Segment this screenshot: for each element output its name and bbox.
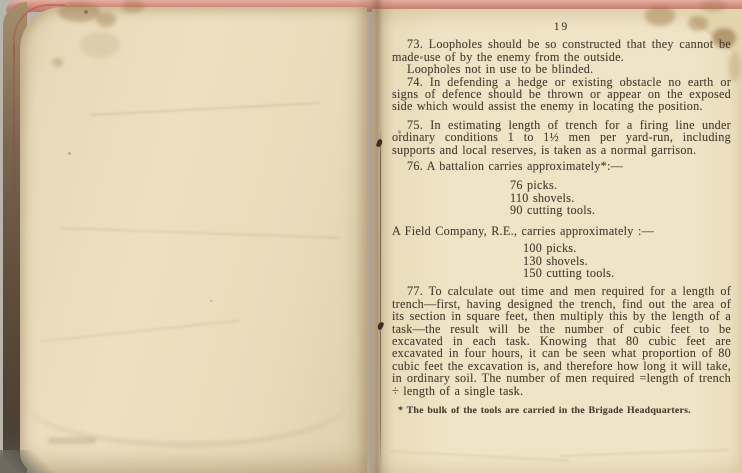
speck (210, 300, 213, 302)
paragraph-76: 76. A battalion carries approximately*:— (392, 160, 731, 172)
list-item: 90 cutting tools. (510, 204, 731, 216)
field-company-equipment-list: 100 picks. 130 shovels. 150 cutting tool… (523, 242, 731, 279)
list-item: 76 picks. (510, 179, 731, 191)
stain (58, 2, 100, 22)
field-company-intro: A Field Company, R.E., carries approxima… (392, 225, 731, 237)
gutter-fold-line (380, 128, 381, 464)
page-text: 19 73. Loopholes should be so constructe… (392, 21, 731, 416)
book-gutter (356, 0, 394, 473)
speck (68, 152, 71, 155)
paragraph-77: 77. To calculate out time and men requir… (392, 285, 731, 397)
stain (96, 12, 116, 27)
stain (122, 0, 144, 13)
stain (52, 58, 63, 67)
embossed-mark (48, 437, 96, 444)
paragraph-73-note: Loopholes not in use to be blinded. (392, 63, 731, 75)
footnote: * The bulk of the tools are carried in t… (398, 405, 731, 416)
stain (80, 32, 120, 58)
book-scan: 19 73. Loopholes should be so constructe… (0, 0, 742, 473)
list-item: 150 cutting tools. (523, 267, 731, 279)
paper-fold (26, 360, 346, 446)
corner-shadow (0, 450, 58, 473)
paragraph-75: 75. In estimating length of trench for a… (392, 119, 731, 156)
page-number: 19 (392, 21, 731, 33)
cover-edge-line (13, 44, 15, 424)
list-item: 100 picks. (523, 242, 731, 254)
speck (84, 10, 88, 14)
paragraph-74: 74. In defending a hedge or existing obs… (392, 76, 731, 113)
battalion-equipment-list: 76 picks. 110 shovels. 90 cutting tools. (510, 179, 731, 216)
stain (700, 0, 726, 12)
paragraph-73: 73. Loopholes should be so constructed t… (392, 38, 731, 63)
